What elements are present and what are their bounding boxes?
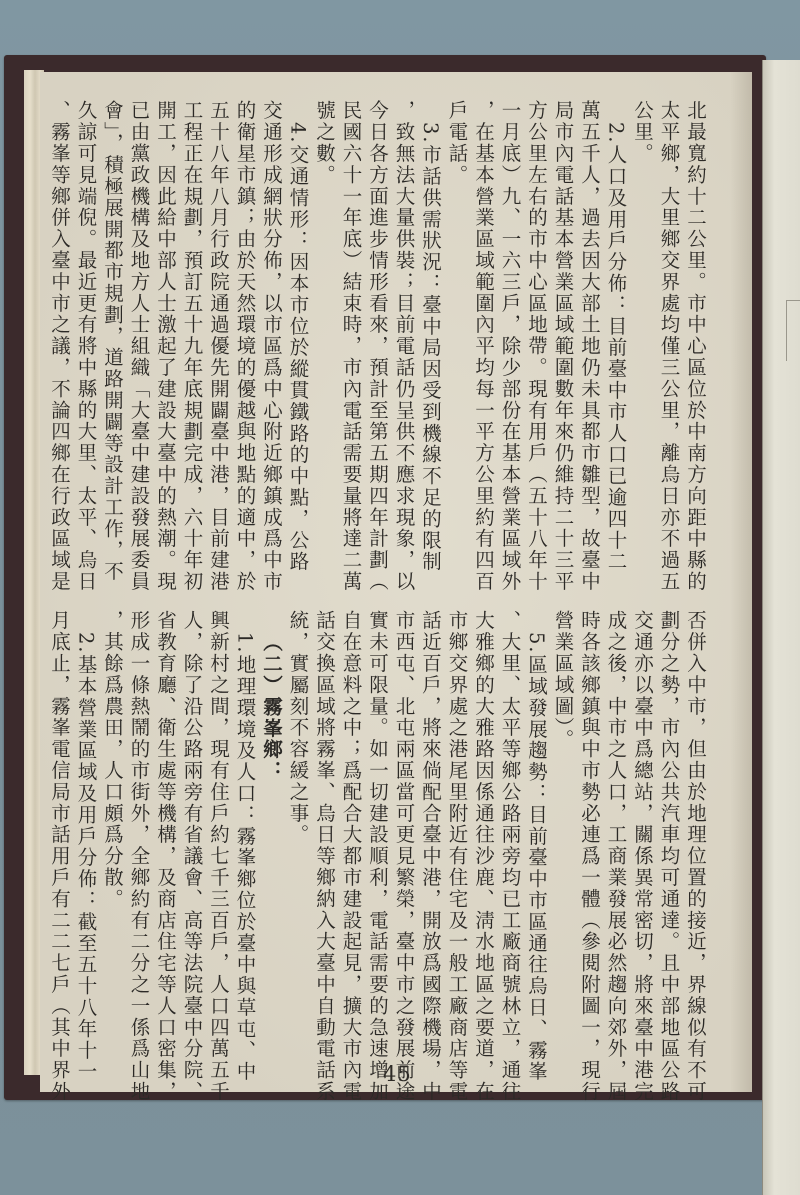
text-column: 、大里、太平等鄉公路兩旁均已工廠商號林立，通往 xyxy=(496,610,523,1050)
text-band-top: 北最寬約十二公里。市中心區位於中南方向距中縣的 太平鄉，大里鄉交界處均僅三公里，… xyxy=(68,100,708,590)
text-column: 太平鄉，大里鄉交界處均僅三公里，離烏日亦不過五 xyxy=(655,100,682,590)
text-column: 統，實屬刻不容緩之事。 xyxy=(284,610,311,1050)
section-2-heading-column: 2.人口及用戶分佈：目前臺中市人口已逾四十二 xyxy=(602,100,629,590)
text-column: 時各該鄉鎮與中市勢必連爲一體（參閱附圖一，現行 xyxy=(576,610,603,1050)
text-column: 久諒可見端倪。最近更有將中縣的大里、太平、烏日 xyxy=(72,100,99,590)
section-3-heading-column: 3.市話供需狀況：臺中局因受到機線不足的限制 xyxy=(417,100,444,590)
text-column: 交通亦以臺中爲總站，關係異常密切，將來臺中港完 xyxy=(629,610,656,1050)
text-column: 今日各方面進步情形看來，預計至第五期四年計劃（ xyxy=(364,100,391,590)
next-page-leaf xyxy=(762,60,800,1195)
text-column: 成之後，中市之人口，工商業發展必然趨向郊外，屆 xyxy=(602,610,629,1050)
text-column: 萬五千人，過去因大部土地仍未具都市雛型，故臺中 xyxy=(576,100,603,590)
text-column: 人，除了沿公路兩旁有省議會、高等法院臺中分院、 xyxy=(178,610,205,1050)
text-column: 話交換區域將霧峯、烏日等鄉納入大臺中自動電話系 xyxy=(311,610,338,1050)
text-column: 民國六十一年底）結束時，市內電話需要量將達二萬 xyxy=(337,100,364,590)
text-column: 局市內電話基本營業區域範圍數年來仍維持二十三平 xyxy=(549,100,576,590)
text-column: 月底止，霧峯電信局市話用戶有二二七戶（其中界外 xyxy=(46,610,73,1050)
text-column: 形成一條熱鬧的市街外，全鄉約有二分之一係爲山地 xyxy=(125,610,152,1050)
page-number: 45 xyxy=(383,1062,412,1086)
text-column: 實未可限量。如一切建設順利，電話需要的急速增加 xyxy=(364,610,391,1050)
text-column: 公里。 xyxy=(629,100,656,590)
section-4-heading-column: 4.交通情形：因本市位於縱貫鐵路的中點，公路 xyxy=(284,100,311,590)
text-band-bottom: 否併入中市，但由於地理位置的接近，界線似有不可 劃分之勢，市內公共汽車均可通達。… xyxy=(68,610,708,1050)
text-column: ，致無法大量供裝；目前電話仍呈供不應求現象，以 xyxy=(390,100,417,590)
text-column: 話近百戶，將來倘配合臺中港，開放爲國際機場，中 xyxy=(417,610,444,1050)
text-column: 號之數。 xyxy=(311,100,338,590)
text-column: 省教育廳、衛生處等機構，及商店住宅等人口密集， xyxy=(152,610,179,1050)
subsection-1-heading-column: 1.地理環境及人口：霧峯鄉位於臺中與草屯、中 xyxy=(231,610,258,1050)
text-column: 開工，因此給中部人士激起了建設大臺中的熱潮。現 xyxy=(152,100,179,590)
text-column: 已由黨政機構及地方人士組織「大臺中建設發展委員 xyxy=(125,100,152,590)
text-column: 劃分之勢，市內公共汽車均可通達。且中部地區公路 xyxy=(655,610,682,1050)
text-column: ，其餘爲農田，人口頗爲分散。 xyxy=(99,610,126,1050)
text-column: 方公里左右的市中心區地帶。現有用戶（五十八年十 xyxy=(523,100,550,590)
subsection-2-heading-column: 2.基本營業區域及用戶分佈：截至五十八年十一 xyxy=(72,610,99,1050)
text-column: 大雅鄉的大雅路因係通往沙鹿、淸水地區之要道，在 xyxy=(470,610,497,1050)
text-column: 工程正在規劃，預訂五十九年底規劃完成，六十年初 xyxy=(178,100,205,590)
text-column: 市鄉交界處之港尾里附近有住宅及一般工廠商店等電 xyxy=(443,610,470,1050)
text-column: 否併入中市，但由於地理位置的接近，界線似有不可 xyxy=(682,610,709,1050)
text-column: 會」，積極展開都市規劃，道路開闢等設計工作，不 xyxy=(99,100,126,590)
text-column: 五十八年八月行政院通過優先開闢臺中港，目前建港 xyxy=(205,100,232,590)
text-column: 營業區域圖）。 xyxy=(549,610,576,1050)
text-column: 自在意料之中；爲配合大都市建設起見，擴大市內電 xyxy=(337,610,364,1050)
section-5-heading-column: 5.區域發展趨勢：目前臺中市區通往烏日、霧峯 xyxy=(523,610,550,1050)
text-column: 的衛星市鎮；由於天然環境的優越與地點的適中，於 xyxy=(231,100,258,590)
wufeng-section-heading: （二）霧峯鄉： xyxy=(258,610,285,1050)
text-column: 北最寬約十二公里。市中心區位於中南方向距中縣的 xyxy=(682,100,709,590)
page-gutter-shade xyxy=(730,72,752,1092)
text-column: 交通形成網狀分佈，以市區爲中心附近鄉鎮成爲中市 xyxy=(258,100,285,590)
text-column: 戶電話。 xyxy=(443,100,470,590)
text-column: ，在基本營業區域範圍內平均每一平方公里約有四百 xyxy=(470,100,497,590)
text-column: 、霧峯等鄉併入臺中市之議，不論四鄉在行政區域是 xyxy=(46,100,73,590)
next-page-mark xyxy=(786,300,800,361)
text-column: 市西屯、北屯兩區當可更見繁榮，臺中市之發展前途 xyxy=(390,610,417,1050)
text-column: 興新村之間，現有住戶約七千三百戶，人口四萬五千 xyxy=(205,610,232,1050)
text-column: 一月底）九、一六三戶，除少部份在基本營業區域外 xyxy=(496,100,523,590)
